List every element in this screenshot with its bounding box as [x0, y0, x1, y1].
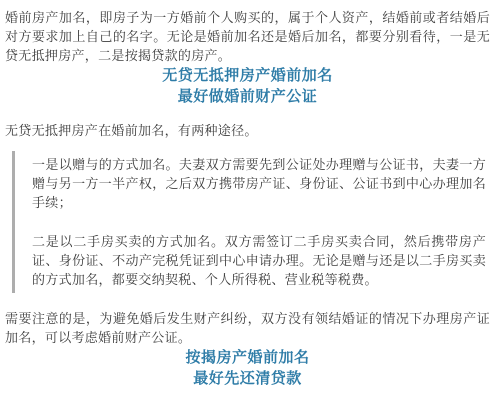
quote-paragraph-resale: 二是以二手房买卖的方式加名。双方需签订二手房买卖合同，然后携带房产证、身份证、不… — [32, 232, 486, 289]
heading-mortgage-line-2: 最好先还清贷款 — [5, 368, 490, 389]
two-ways-paragraph: 无贷无抵押房产在婚前加名，有两种途径。 — [5, 121, 490, 140]
section-heading-no-loan: 无贷无抵押房产婚前加名 最好做婚前财产公证 — [5, 65, 490, 107]
quote-paragraph-gift: 一是以赠与的方式加名。夫妻双方需要先到公证处办理赠与公证书，夫妻一方赠与另一方一… — [32, 155, 486, 212]
heading-no-loan-line-2: 最好做婚前财产公证 — [5, 86, 490, 107]
quote-block: 一是以赠与的方式加名。夫妻双方需要先到公证处办理赠与公证书，夫妻一方赠与另一方一… — [12, 151, 490, 293]
section-heading-mortgage: 按揭房产婚前加名 最好先还清贷款 — [5, 347, 490, 389]
intro-paragraph: 婚前房产加名，即房子为一方婚前个人购买的，属于个人资产，结婚前或者结婚后对方要求… — [5, 8, 490, 65]
heading-no-loan-line-1: 无贷无抵押房产婚前加名 — [5, 65, 490, 86]
article-page: 婚前房产加名，即房子为一方婚前个人购买的，属于个人资产，结婚前或者结婚后对方要求… — [0, 0, 499, 405]
heading-mortgage-line-1: 按揭房产婚前加名 — [5, 347, 490, 368]
note-paragraph: 需要注意的是，为避免婚后发生财产纠纷，双方没有领结婚证的情况下办理房产证加名，可… — [5, 309, 490, 347]
